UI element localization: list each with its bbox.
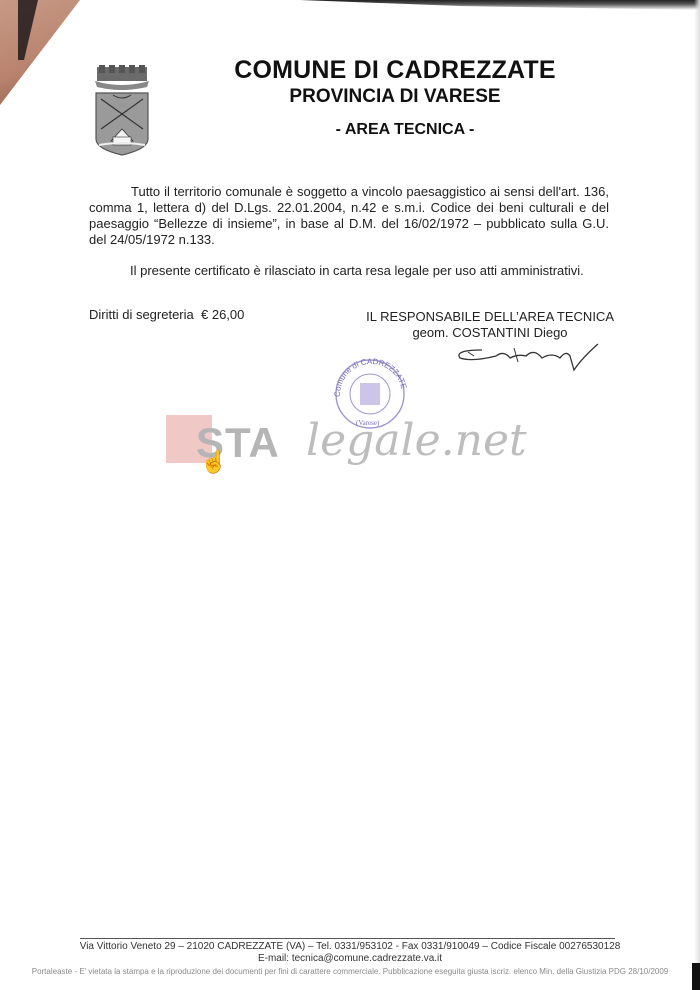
province-subtitle: PROVINCIA DI VARESE <box>200 85 590 109</box>
document-footer: Via Vittorio Veneto 29 – 21020 CADREZZAT… <box>60 941 640 965</box>
pointing-hand-icon: ☝ <box>200 449 227 475</box>
coat-of-arms-icon <box>93 65 151 157</box>
certificate-paragraph: Tutto il territorio comunale è soggetto … <box>89 184 609 248</box>
signatory-role: IL RESPONSABILE DELL’AREA TECNICA <box>360 309 620 325</box>
scan-right-edge <box>694 0 700 990</box>
signatory-block: IL RESPONSABILE DELL’AREA TECNICA geom. … <box>360 309 620 341</box>
handwritten-signature <box>452 340 602 380</box>
fees-label: Diritti di segreteria <box>89 307 194 322</box>
scan-corner-background <box>0 0 80 105</box>
scan-top-edge <box>300 0 700 10</box>
certificate-body: Tutto il territorio comunale è soggetto … <box>89 184 609 248</box>
department-label: - AREA TECNICA - <box>200 121 590 139</box>
footer-divider <box>80 938 615 939</box>
scan-bottom-edge <box>692 963 700 990</box>
publication-disclaimer: Portaleaste - E' vietata la stampa e la … <box>0 967 700 976</box>
astalegale-watermark: STA legale.net ☝ <box>166 415 476 485</box>
fees-amount: € 26,00 <box>201 307 244 322</box>
footer-address: Via Vittorio Veneto 29 – 21020 CADREZZAT… <box>60 941 640 953</box>
municipality-title: COMUNE DI CADREZZATE <box>200 55 590 85</box>
signatory-name: geom. COSTANTINI Diego <box>360 325 620 341</box>
document-header: COMUNE DI CADREZZATE PROVINCIA DI VARESE… <box>200 55 590 139</box>
watermark-text-legale: legale.net <box>306 415 527 466</box>
secretary-fees: Diritti di segreteria € 26,00 <box>89 307 244 322</box>
certificate-note: Il presente certificato è rilasciato in … <box>130 263 584 278</box>
footer-email: E-mail: tecnica@comune.cadrezzate.va.it <box>60 953 640 965</box>
